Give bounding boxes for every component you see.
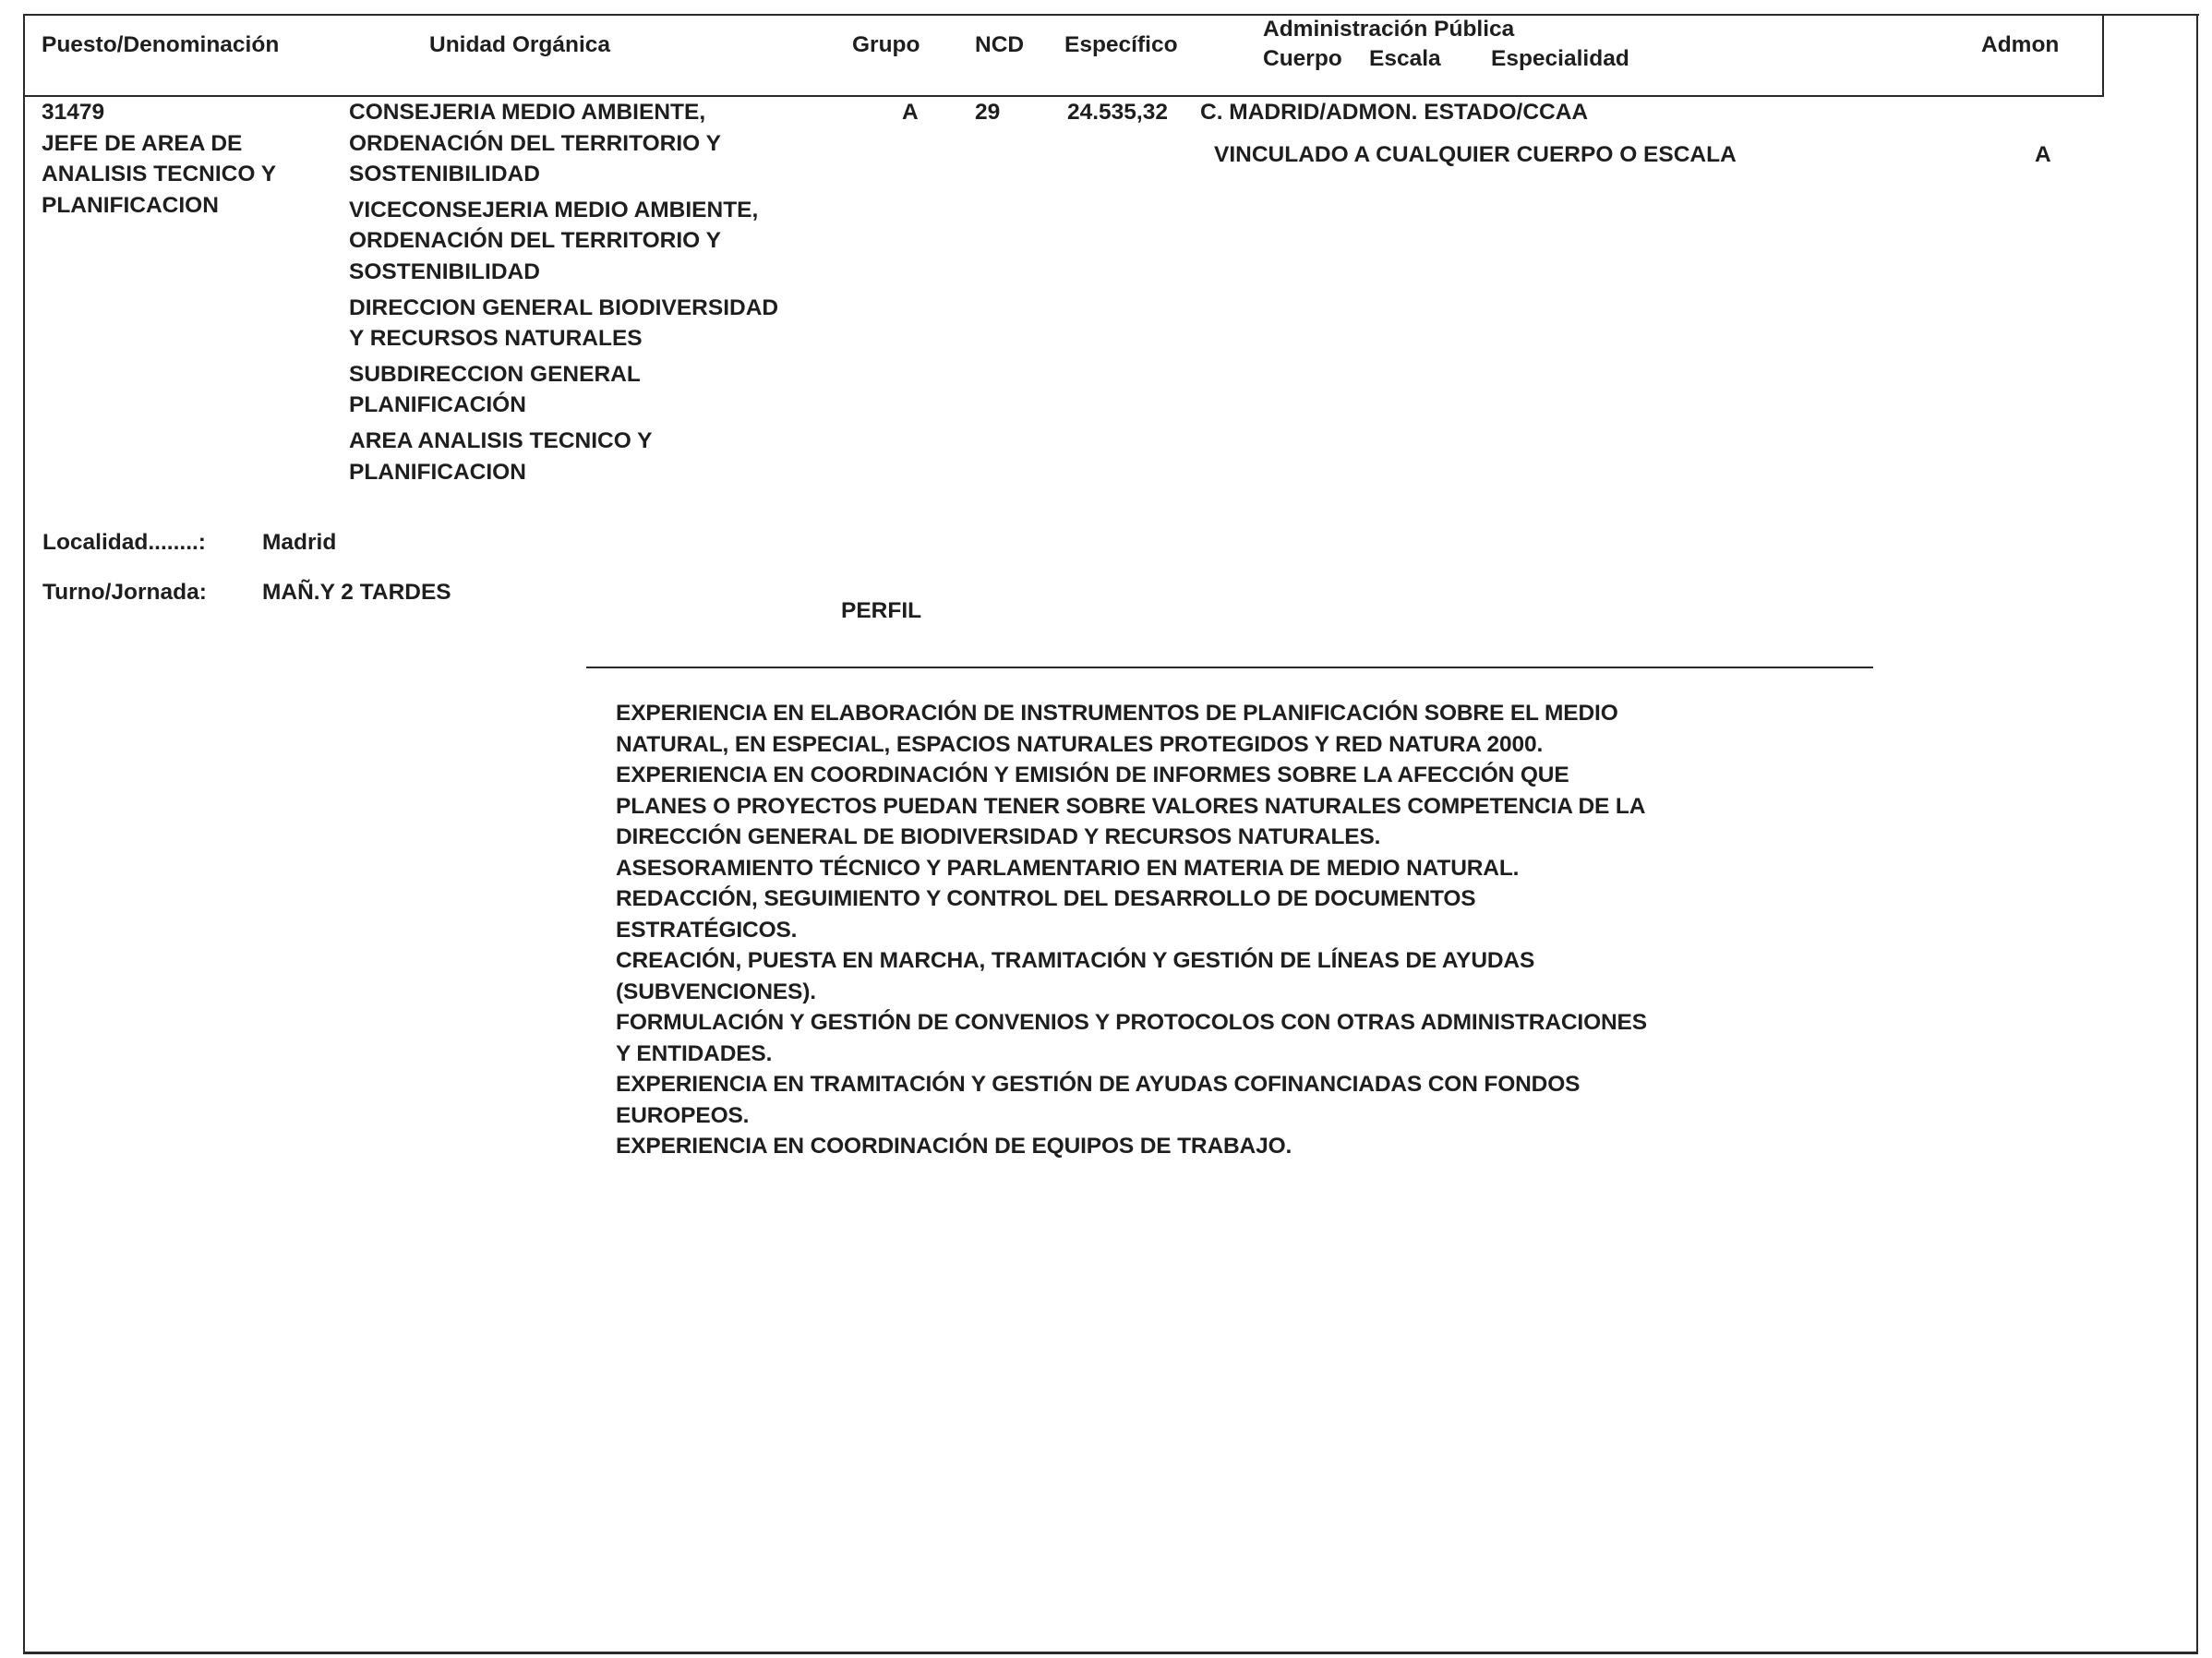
turno-label: Turno/Jornada:: [42, 577, 207, 608]
denominacion-line: JEFE DE AREA DE: [42, 128, 276, 160]
perfil-line: EXPERIENCIA EN ELABORACIÓN DE INSTRUMENT…: [616, 698, 1647, 729]
denominacion-line: ANALISIS TECNICO Y: [42, 159, 276, 190]
unidad-organica-level: CONSEJERIA MEDIO AMBIENTE,ORDENACIÓN DEL…: [349, 97, 778, 190]
perfil-line: ESTRATÉGICOS.: [616, 915, 1647, 946]
turno-value: MAÑ.Y 2 TARDES: [262, 577, 451, 608]
unidad-organica-line: ORDENACIÓN DEL TERRITORIO Y: [349, 128, 778, 160]
perfil-line: DIRECCIÓN GENERAL DE BIODIVERSIDAD Y REC…: [616, 822, 1647, 853]
perfil-line: EXPERIENCIA EN COORDINACIÓN Y EMISIÓN DE…: [616, 760, 1647, 791]
perfil-title: PERFIL: [841, 595, 921, 627]
unidad-organica-line: Y RECURSOS NATURALES: [349, 323, 778, 354]
header-unidad: Unidad Orgánica: [429, 30, 610, 61]
perfil-line: PLANES O PROYECTOS PUEDAN TENER SOBRE VA…: [616, 791, 1647, 823]
frame-top-right: [2104, 14, 2199, 16]
unidad-organica-level: SUBDIRECCION GENERALPLANIFICACIÓN: [349, 359, 778, 421]
perfil-divider: [586, 667, 1873, 668]
puesto-cell: 31479 JEFE DE AREA DEANALISIS TECNICO YP…: [42, 97, 276, 221]
perfil-line: CREACIÓN, PUESTA EN MARCHA, TRAMITACIÓN …: [616, 945, 1647, 977]
header-especialidad: Especialidad: [1491, 43, 1629, 75]
header-escala: Escala: [1369, 43, 1441, 75]
frame-right: [2196, 14, 2198, 1654]
perfil-line: ASESORAMIENTO TÉCNICO Y PARLAMENTARIO EN…: [616, 853, 1647, 884]
unidad-organica-level: VICECONSEJERIA MEDIO AMBIENTE,ORDENACIÓN…: [349, 195, 778, 288]
unidad-organica-line: VICECONSEJERIA MEDIO AMBIENTE,: [349, 195, 778, 226]
header-puesto: Puesto/Denominación: [42, 30, 279, 61]
especifico-value: 24.535,32: [1067, 97, 1168, 128]
cuerpo-escala-value: VINCULADO A CUALQUIER CUERPO O ESCALA: [1214, 139, 1737, 171]
header-administracion: Administración Pública: [1263, 14, 1514, 45]
perfil-line: Y ENTIDADES.: [616, 1039, 1647, 1070]
perfil-line: REDACCIÓN, SEGUIMIENTO Y CONTROL DEL DES…: [616, 883, 1647, 915]
localidad-label: Localidad........:: [42, 527, 206, 559]
frame-left: [23, 14, 25, 1654]
unidad-organica-line: SUBDIRECCION GENERAL: [349, 359, 778, 390]
unidad-organica-line: SOSTENIBILIDAD: [349, 257, 778, 288]
unidad-organica-line: CONSEJERIA MEDIO AMBIENTE,: [349, 97, 778, 128]
unidad-organica-line: DIRECCION GENERAL BIODIVERSIDAD: [349, 293, 778, 324]
admon-value: A: [2035, 139, 2051, 171]
header-ncd: NCD: [975, 30, 1024, 61]
frame-bottom: [23, 1652, 2198, 1654]
perfil-line: (SUBVENCIONES).: [616, 977, 1647, 1008]
header-grupo: Grupo: [852, 30, 920, 61]
unidad-organica-line: SOSTENIBILIDAD: [349, 159, 778, 190]
header-admon: Admon: [1981, 30, 2059, 61]
localidad-value: Madrid: [262, 527, 336, 559]
puesto-codigo: 31479: [42, 97, 276, 128]
unidad-organica-level: AREA ANALISIS TECNICO YPLANIFICACION: [349, 426, 778, 487]
unidad-organica-line: PLANIFICACIÓN: [349, 390, 778, 421]
ncd-value: 29: [975, 97, 1000, 128]
perfil-line: EXPERIENCIA EN COORDINACIÓN DE EQUIPOS D…: [616, 1131, 1647, 1162]
unidad-organica-level: DIRECCION GENERAL BIODIVERSIDADY RECURSO…: [349, 293, 778, 354]
perfil-line: EXPERIENCIA EN TRAMITACIÓN Y GESTIÓN DE …: [616, 1069, 1647, 1100]
grupo-value: A: [902, 97, 919, 128]
perfil-line: FORMULACIÓN Y GESTIÓN DE CONVENIOS Y PRO…: [616, 1007, 1647, 1039]
header-cuerpo: Cuerpo: [1263, 43, 1342, 75]
unidad-organica-cell: CONSEJERIA MEDIO AMBIENTE,ORDENACIÓN DEL…: [349, 97, 778, 492]
perfil-line: EUROPEOS.: [616, 1100, 1647, 1132]
puesto-denominacion: JEFE DE AREA DEANALISIS TECNICO YPLANIFI…: [42, 128, 276, 222]
denominacion-line: PLANIFICACION: [42, 190, 276, 222]
perfil-text: EXPERIENCIA EN ELABORACIÓN DE INSTRUMENT…: [616, 698, 1647, 1162]
perfil-line: NATURAL, EN ESPECIAL, ESPACIOS NATURALES…: [616, 729, 1647, 761]
unidad-organica-line: PLANIFICACION: [349, 457, 778, 488]
administracion-value: C. MADRID/ADMON. ESTADO/CCAA: [1200, 97, 1588, 128]
unidad-organica-line: AREA ANALISIS TECNICO Y: [349, 426, 778, 457]
table-header-box: [23, 14, 2104, 97]
header-especifico: Específico: [1064, 30, 1178, 61]
unidad-organica-line: ORDENACIÓN DEL TERRITORIO Y: [349, 225, 778, 257]
